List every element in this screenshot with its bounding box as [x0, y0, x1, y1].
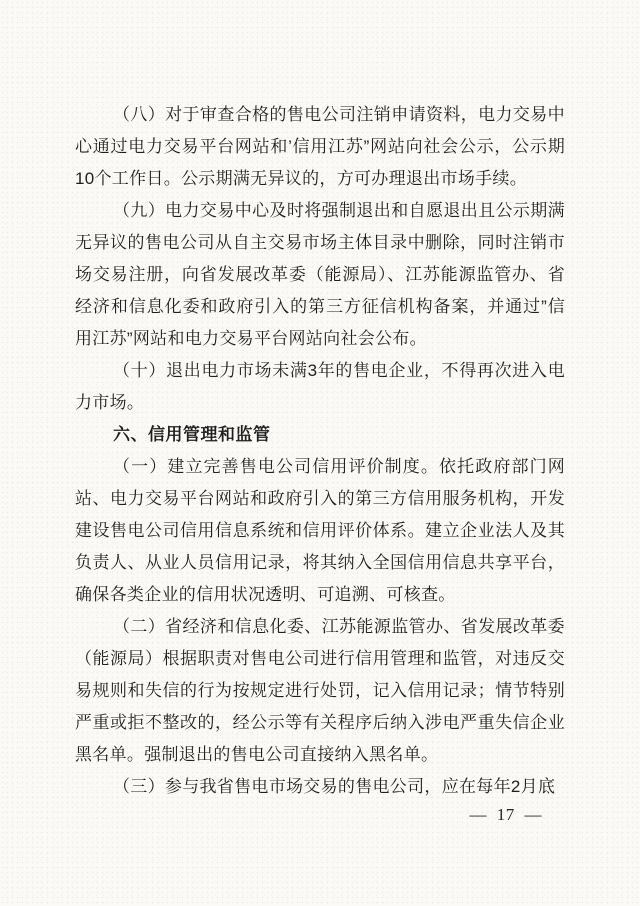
page-number: — 17 — — [470, 804, 543, 826]
section-heading-credit-management: 六、信用管理和监管 — [75, 419, 565, 451]
document-page: （八）对于审查合格的售电公司注销申请资料，电力交易中心通过电力交易平台网站和’信… — [0, 0, 640, 906]
paragraph-item-1: （一）建立完善售电公司信用评价制度。依托政府部门网站、电力交易平台网站和政府引入… — [75, 451, 565, 611]
document-text-block: （八）对于审查合格的售电公司注销申请资料，电力交易中心通过电力交易平台网站和’信… — [75, 99, 565, 803]
paragraph-item-3: （三）参与我省售电市场交易的售电公司，应在每年2月底 — [75, 771, 565, 803]
paragraph-clause-8: （八）对于审查合格的售电公司注销申请资料，电力交易中心通过电力交易平台网站和’信… — [75, 99, 565, 195]
paragraph-item-2: （二）省经济和信息化委、江苏能源监管办、省发展改革委（能源局）根据职责对售电公司… — [75, 611, 565, 771]
paragraph-clause-10: （十）退出电力市场未满3年的售电企业，不得再次进入电力市场。 — [75, 355, 565, 419]
paragraph-clause-9: （九）电力交易中心及时将强制退出和自愿退出且公示期满无异议的售电公司从自主交易市… — [75, 195, 565, 355]
